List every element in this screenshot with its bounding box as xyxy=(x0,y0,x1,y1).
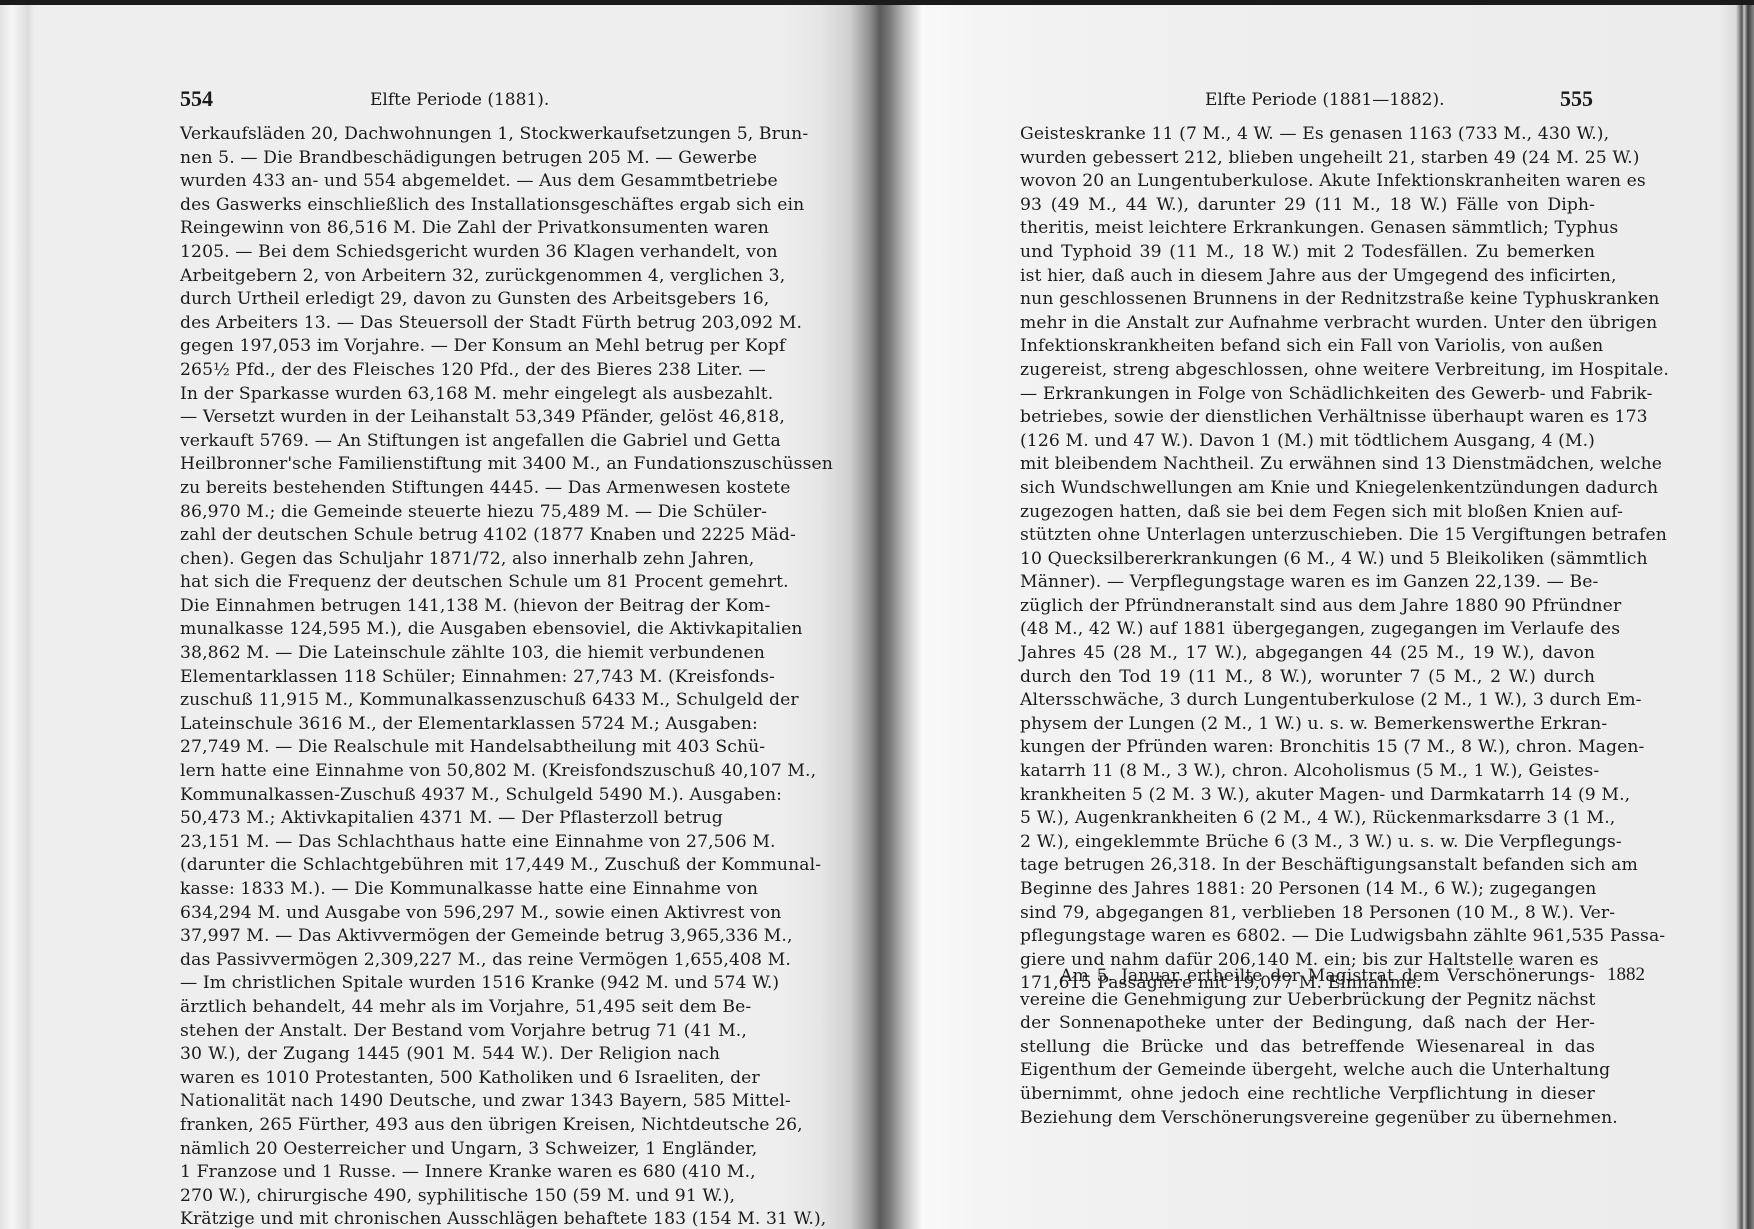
text-line: vereine die Genehmigung zur Ueberbrückun… xyxy=(1020,989,1595,1013)
running-head-right: Elfte Periode (1881—1882). xyxy=(1205,90,1445,110)
text-line: waren es 1010 Protestanten, 500 Katholik… xyxy=(180,1067,720,1091)
text-line: 30 W.), der Zugang 1445 (901 M. 544 W.).… xyxy=(180,1043,720,1067)
paragraph-1882: Am 5. Januar ertheilte der Magistrat dem… xyxy=(1020,965,1595,1130)
text-line: chen). Gegen das Schuljahr 1871/72, also… xyxy=(180,548,720,572)
text-line: 2 W.), eingeklemmte Brüche 6 (3 M., 3 W.… xyxy=(1020,831,1595,855)
text-line: nen 5. — Die Brandbeschädigungen betruge… xyxy=(180,147,720,171)
text-line: 10 Quecksilbererkrankungen (6 M., 4 W.) … xyxy=(1020,548,1595,572)
text-line: In der Sparkasse wurden 63,168 M. mehr e… xyxy=(180,383,720,407)
text-line: züglich der Pfründneranstalt sind aus de… xyxy=(1020,595,1595,619)
text-line: wovon 20 an Lungentuberkulose. Akute Inf… xyxy=(1020,170,1595,194)
text-line: 23,151 M. — Das Schlachthaus hatte eine … xyxy=(180,831,720,855)
text-line: lern hatte eine Einnahme von 50,802 M. (… xyxy=(180,760,720,784)
text-line: Verkaufsläden 20, Dachwohnungen 1, Stock… xyxy=(180,123,720,147)
text-line: Die Einnahmen betrugen 141,138 M. (hievo… xyxy=(180,595,720,619)
text-line: hat sich die Frequenz der deutschen Schu… xyxy=(180,571,720,595)
text-line: nun geschlossenen Brunnens in der Rednit… xyxy=(1020,288,1595,312)
page-number-right: 555 xyxy=(1560,86,1593,112)
body-text-left: Verkaufsläden 20, Dachwohnungen 1, Stock… xyxy=(180,123,720,1229)
text-line: katarrh 11 (8 M., 3 W.), chron. Alcoholi… xyxy=(1020,760,1595,784)
text-line: 38,862 M. — Die Lateinschule zählte 103,… xyxy=(180,642,720,666)
text-line: ärztlich behandelt, 44 mehr als im Vorja… xyxy=(180,996,720,1020)
text-line: physem der Lungen (2 M., 1 W.) u. s. w. … xyxy=(1020,713,1595,737)
marginal-year-note: 1882 xyxy=(1607,964,1645,986)
text-line: zu bereits bestehenden Stiftungen 4445. … xyxy=(180,477,720,501)
text-line: durch den Tod 19 (11 M., 8 W.), worunter… xyxy=(1020,666,1595,690)
text-line: 1 Franzose und 1 Russe. — Innere Kranke … xyxy=(180,1161,720,1185)
text-line: 634,294 M. und Ausgabe von 596,297 M., s… xyxy=(180,902,720,926)
text-line: Infektionskrankheiten befand sich ein Fa… xyxy=(1020,335,1595,359)
text-line: nämlich 20 Oesterreicher und Ungarn, 3 S… xyxy=(180,1138,720,1162)
text-line: wurden gebessert 212, blieben ungeheilt … xyxy=(1020,147,1595,171)
text-line: verkauft 5769. — An Stiftungen ist angef… xyxy=(180,430,720,454)
text-line: Krätzige und mit chronischen Ausschlägen… xyxy=(180,1208,720,1229)
text-line: Reingewinn von 86,516 M. Die Zahl der Pr… xyxy=(180,217,720,241)
text-line: munalkasse 124,595 M.), die Ausgaben ebe… xyxy=(180,618,720,642)
text-line: Altersschwäche, 3 durch Lungentuberkulos… xyxy=(1020,689,1595,713)
text-line: Beziehung dem Verschönerungsvereine gege… xyxy=(1020,1107,1595,1131)
text-line: 50,473 M.; Aktivkapitalien 4371 M. — Der… xyxy=(180,807,720,831)
text-line: zuschuß 11,915 M., Kommunalkassenzuschuß… xyxy=(180,689,720,713)
text-line: theritis, meist leichtere Erkrankungen. … xyxy=(1020,217,1595,241)
text-line: sind 79, abgegangen 81, verblieben 18 Pe… xyxy=(1020,902,1595,926)
text-line: zugereist, streng abgeschlossen, ohne we… xyxy=(1020,359,1595,383)
text-line: gegen 197,053 im Vorjahre. — Der Konsum … xyxy=(180,335,720,359)
text-line: der Sonnenapotheke unter der Bedingung, … xyxy=(1020,1012,1595,1036)
text-line: 86,970 M.; die Gemeinde steuerte hiezu 7… xyxy=(180,501,720,525)
text-line: kungen der Pfründen waren: Bronchitis 15… xyxy=(1020,736,1595,760)
text-line: pflegungstage waren es 6802. — Die Ludwi… xyxy=(1020,925,1595,949)
text-line: sich Wundschwellungen am Knie und Kniege… xyxy=(1020,477,1595,501)
text-line: (126 M. und 47 W.). Davon 1 (M.) mit töd… xyxy=(1020,430,1595,454)
text-line: franken, 265 Fürther, 493 aus den übrige… xyxy=(180,1114,720,1138)
text-line: (48 M., 42 W.) auf 1881 übergegangen, zu… xyxy=(1020,618,1595,642)
text-line: 37,997 M. — Das Aktivvermögen der Gemein… xyxy=(180,925,720,949)
text-line: Am 5. Januar ertheilte der Magistrat dem… xyxy=(1020,965,1595,989)
text-line: Geisteskranke 11 (7 M., 4 W. — Es genase… xyxy=(1020,123,1595,147)
text-line: Eigenthum der Gemeinde übergeht, welche … xyxy=(1020,1059,1595,1083)
text-line: 93 (49 M., 44 W.), darunter 29 (11 M., 1… xyxy=(1020,194,1595,218)
text-line: mehr in die Anstalt zur Aufnahme verbrac… xyxy=(1020,312,1595,336)
text-line: krankheiten 5 (2 M. 3 W.), akuter Magen-… xyxy=(1020,784,1595,808)
text-line: 270 W.), chirurgische 490, syphilitische… xyxy=(180,1185,720,1209)
text-line: Beginne des Jahres 1881: 20 Personen (14… xyxy=(1020,878,1595,902)
text-line: Nationalität nach 1490 Deutsche, und zwa… xyxy=(180,1090,720,1114)
text-line: des Arbeiters 13. — Das Steuersoll der S… xyxy=(180,312,720,336)
text-line: 1205. — Bei dem Schiedsgericht wurden 36… xyxy=(180,241,720,265)
text-line: stellung die Brücke und das betreffende … xyxy=(1020,1036,1595,1060)
text-line: Arbeitgebern 2, von Arbeitern 32, zurück… xyxy=(180,265,720,289)
page-number-left: 554 xyxy=(180,86,213,112)
body-text-right: Geisteskranke 11 (7 M., 4 W. — Es genase… xyxy=(1020,123,1595,996)
text-line: — Erkrankungen in Folge von Schädlichkei… xyxy=(1020,383,1595,407)
running-head-left: Elfte Periode (1881). xyxy=(370,90,549,110)
text-line: stehen der Anstalt. Der Bestand vom Vorj… xyxy=(180,1020,720,1044)
text-line: kasse: 1833 M.). — Die Kommunalkasse hat… xyxy=(180,878,720,902)
text-line: stützten ohne Unterlagen unterzuschieben… xyxy=(1020,524,1595,548)
text-line: Elementarklassen 118 Schüler; Einnahmen:… xyxy=(180,666,720,690)
text-line: übernimmt, ohne jedoch eine rechtliche V… xyxy=(1020,1083,1595,1107)
text-line: Lateinschule 3616 M., der Elementarklass… xyxy=(180,713,720,737)
text-line: Jahres 45 (28 M., 17 W.), abgegangen 44 … xyxy=(1020,642,1595,666)
text-line: Kommunalkassen-Zuschuß 4937 M., Schulgel… xyxy=(180,784,720,808)
text-line: zugezogen hatten, daß sie bei dem Fegen … xyxy=(1020,501,1595,525)
text-line: Heilbronner'sche Familienstiftung mit 34… xyxy=(180,453,720,477)
text-line: 27,749 M. — Die Realschule mit Handelsab… xyxy=(180,736,720,760)
text-line: — Im christlichen Spitale wurden 1516 Kr… xyxy=(180,972,720,996)
text-line: betriebes, sowie der dienstlichen Verhäl… xyxy=(1020,406,1595,430)
text-line: des Gaswerks einschließlich des Installa… xyxy=(180,194,720,218)
text-line: (darunter die Schlachtgebühren mit 17,44… xyxy=(180,854,720,878)
text-line: wurden 433 an- und 554 abgemeldet. — Aus… xyxy=(180,170,720,194)
text-line: Männer). — Verpflegungstage waren es im … xyxy=(1020,571,1595,595)
text-line: und Typhoid 39 (11 M., 18 W.) mit 2 Tode… xyxy=(1020,241,1595,265)
text-line: tage betrugen 26,318. In der Beschäftigu… xyxy=(1020,854,1595,878)
text-line: ist hier, daß auch in diesem Jahre aus d… xyxy=(1020,265,1595,289)
text-line: zahl der deutschen Schule betrug 4102 (1… xyxy=(180,524,720,548)
text-line: das Passivvermögen 2,309,227 M., das rei… xyxy=(180,949,720,973)
text-line: mit bleibendem Nachtheil. Zu erwähnen si… xyxy=(1020,453,1595,477)
text-line: 265½ Pfd., der des Fleisches 120 Pfd., d… xyxy=(180,359,720,383)
text-line: — Versetzt wurden in der Leihanstalt 53,… xyxy=(180,406,720,430)
text-line: 5 W.), Augenkrankheiten 6 (2 M., 4 W.), … xyxy=(1020,807,1595,831)
text-line: durch Urtheil erledigt 29, davon zu Guns… xyxy=(180,288,720,312)
